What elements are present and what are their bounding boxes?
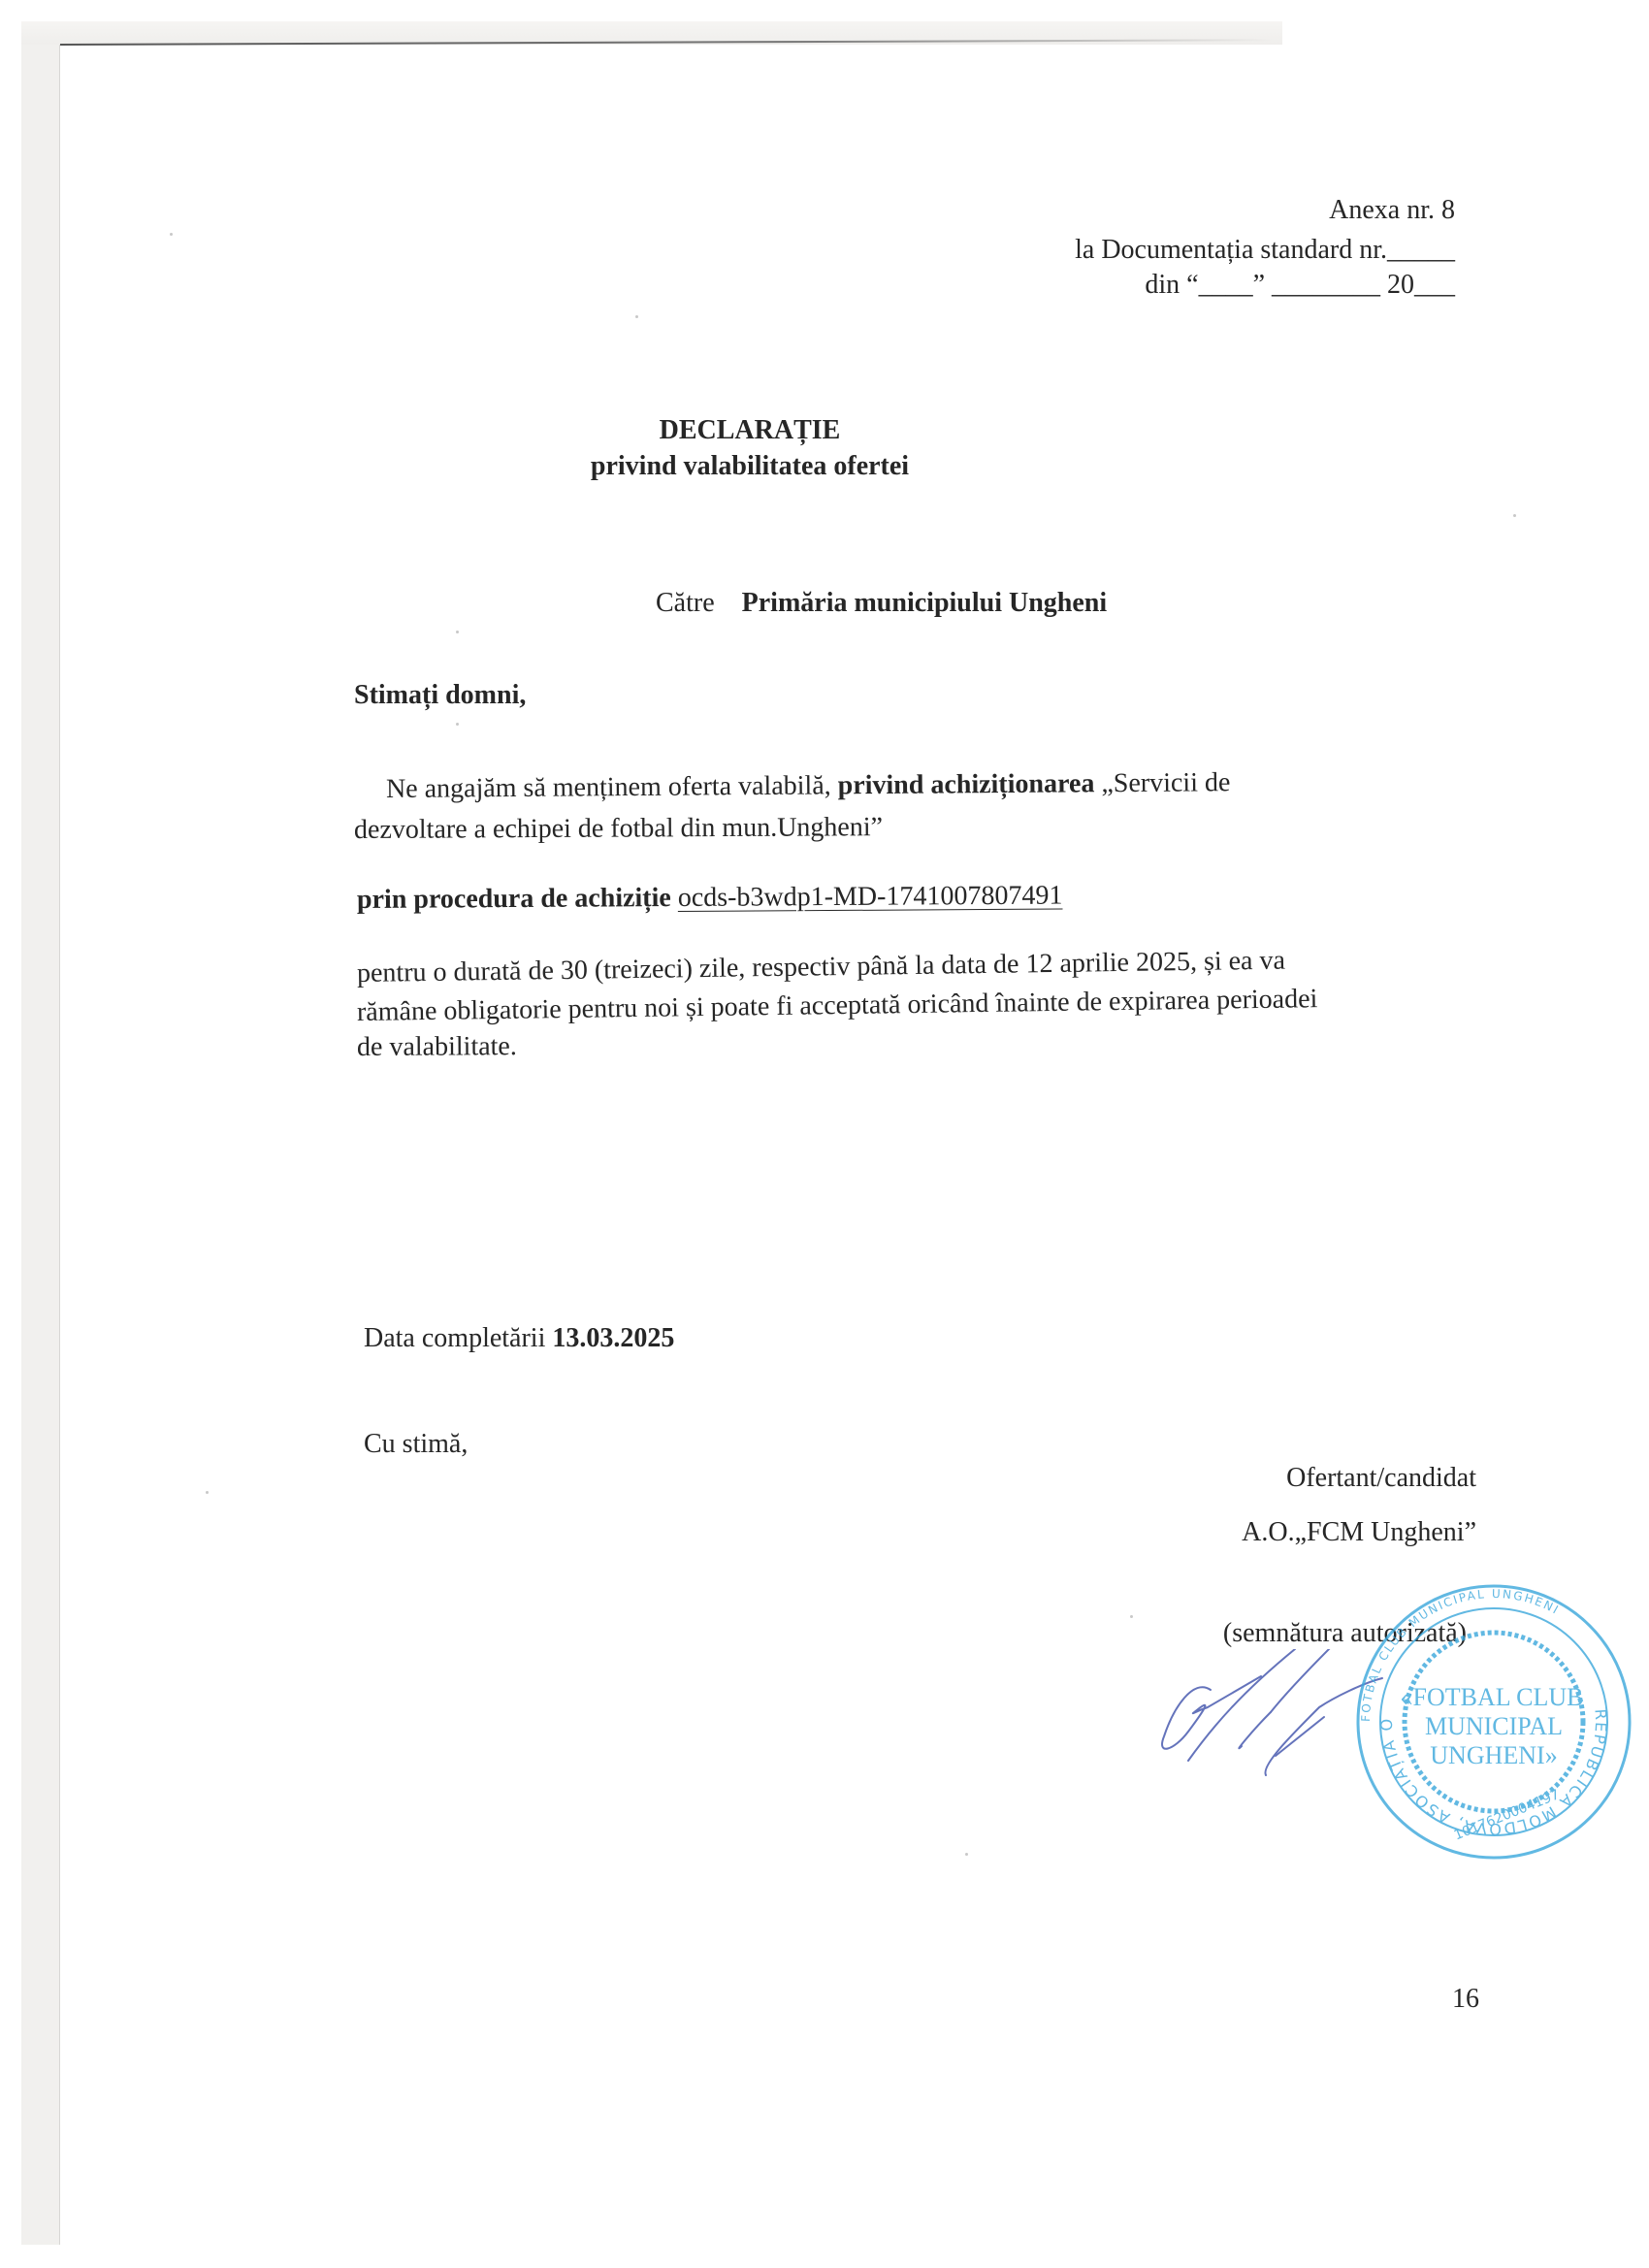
page-number: 16 [1452, 1986, 1479, 2013]
p1-plain: Ne angajăm să menținem oferta valabilă, [386, 770, 838, 804]
p1-bold: privind achiziționarea [838, 768, 1095, 800]
closing: Cu stimă, [364, 1431, 468, 1458]
recipient-line: CătrePrimăria municipiului Ungheni [656, 590, 1107, 617]
annex-number: Anexa nr. 8 [1329, 197, 1455, 224]
paragraph-2-line-2: rămâne obligatorie pentru noi și poate f… [357, 986, 1318, 1026]
completion-label: Data completării [364, 1323, 545, 1353]
greeting: Stimați domni, [354, 682, 526, 709]
scan-speck [206, 1491, 209, 1494]
paragraph-2-line-3: de valabilitate. [357, 1033, 517, 1061]
scan-speck [170, 233, 173, 236]
procedure-label: prin procedura de achiziție [357, 883, 671, 915]
bidder-role: Ofertant/candidat [1286, 1465, 1476, 1492]
stamp-line-1: «FOTBAL CLUB [1401, 1683, 1584, 1711]
scan-speck [456, 723, 459, 726]
document-subtitle: privind valabilitatea ofertei [0, 453, 1574, 480]
recipient-label: Către [656, 588, 715, 618]
scan-speck [635, 315, 638, 318]
stamp-line-2: MUNICIPAL [1425, 1712, 1563, 1740]
scan-margin-strip [21, 21, 60, 2245]
scan-speck [1513, 514, 1516, 517]
p1-rest: „Servicii de [1094, 767, 1230, 798]
recipient-name: Primăria municipiului Ungheni [742, 588, 1108, 618]
paragraph-2-line-1: pentru o durată de 30 (treizeci) zile, r… [357, 948, 1285, 988]
scan-speck [456, 631, 459, 633]
scan-speck [965, 1853, 968, 1856]
completion-date: 13.03.2025 [552, 1323, 674, 1353]
standard-doc-reference: la Documentația standard nr._____ [1075, 237, 1455, 264]
completion-date-line: Data completării 13.03.2025 [364, 1325, 674, 1352]
bidder-organization: A.O.„FCM Ungheni” [1242, 1519, 1476, 1546]
organization-stamp: FOTBAL CLUB MUNICIPAL UNGHENI REPUBLICA … [1348, 1576, 1639, 1867]
procedure-line: prin procedura de achiziție ocds-b3wdp1-… [357, 883, 1063, 914]
page-left-edge [59, 45, 60, 2245]
scan-speck [1130, 1615, 1133, 1618]
document-title: DECLARAȚIE [0, 417, 1574, 444]
paragraph-1-line-2: dezvoltare a echipei de fotbal din mun.U… [354, 814, 883, 844]
procedure-id: ocds-b3wdp1-MD-1741007807491 [678, 881, 1063, 913]
doc-date-reference: din “____” ________ 20___ [1145, 272, 1455, 299]
paragraph-1-line-1: Ne angajăm să menținem oferta valabilă, … [386, 769, 1231, 803]
stamp-line-3: UNGHENI» [1430, 1741, 1557, 1769]
